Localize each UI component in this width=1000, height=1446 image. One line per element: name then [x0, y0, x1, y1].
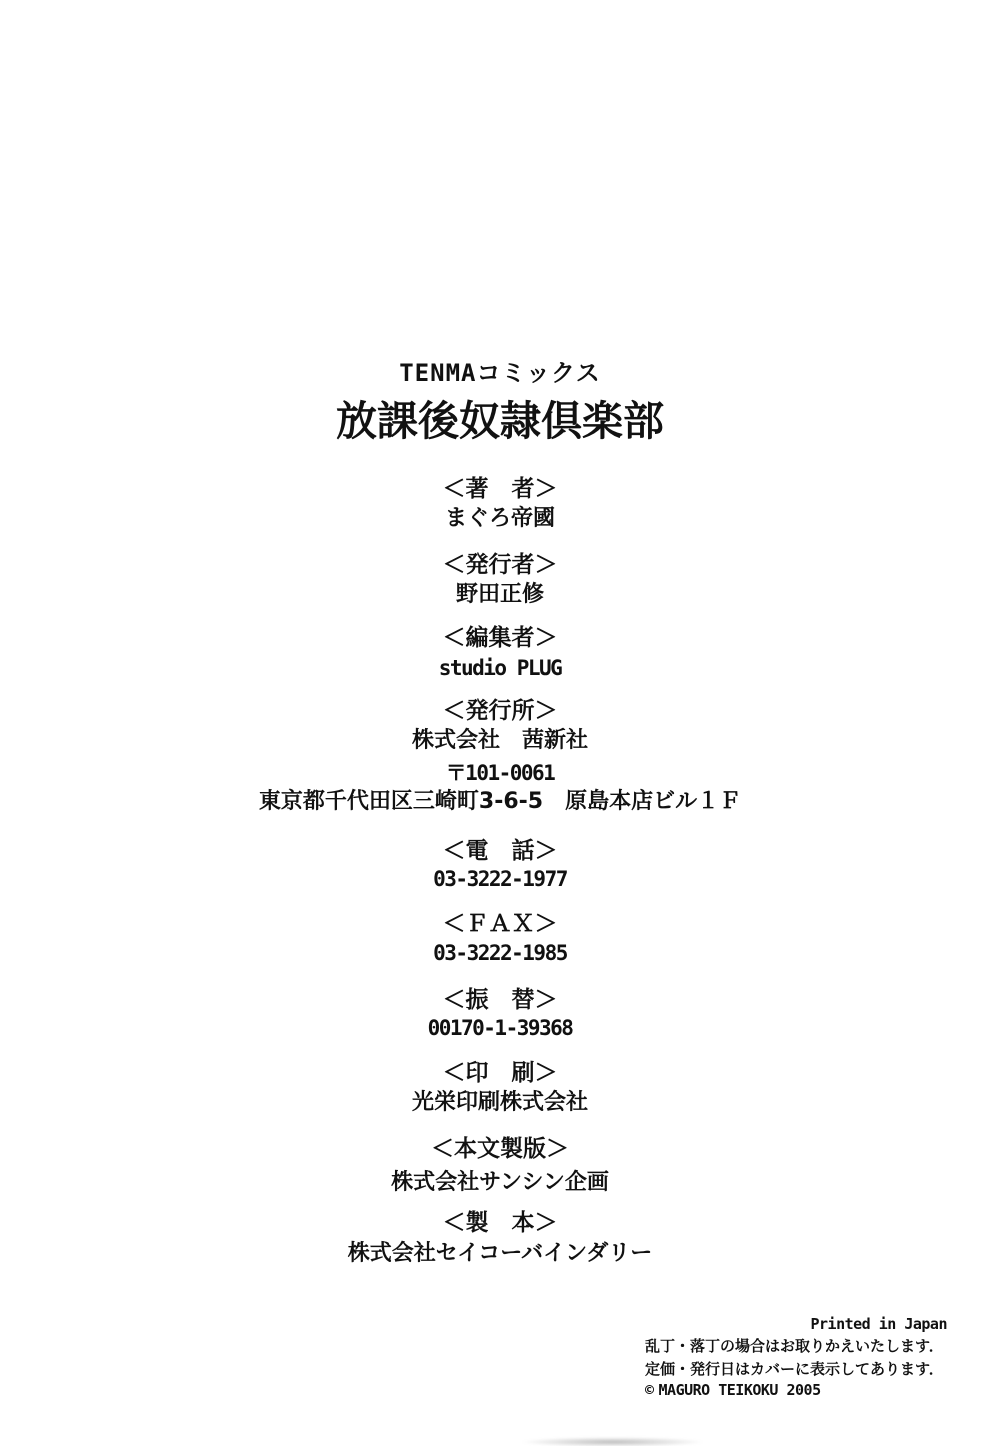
value-platemaking-company: 株式会社サンシン企画 [10, 1171, 990, 1196]
copyright-line: ©MAGURO TEIKOKU 2005 [645, 1382, 947, 1399]
printed-in-japan: Printed in Japan [645, 1316, 947, 1333]
label-printing: ＜印 刷＞ [10, 1061, 990, 1087]
colophon-page: TENMAコミックス 放課後奴隷倶楽部 ＜著 者＞ まぐろ帝國 ＜発行者＞ 野田… [0, 0, 1000, 1446]
value-postal-transfer-account: 00170-1-39368 [10, 1017, 990, 1041]
label-text-platemaking: ＜本文製版＞ [10, 1137, 990, 1163]
value-publishing-company: 株式会社 茜新社 [10, 729, 990, 754]
notice-price: 定価・発行日はカバーに表示してあります． [645, 1361, 947, 1378]
label-postal-transfer: ＜振 替＞ [10, 988, 990, 1014]
series-name: TENMAコミックス [10, 360, 990, 387]
copyright-text: MAGURO TEIKOKU 2005 [659, 1381, 821, 1399]
notice-misprint: 乱丁・落丁の場合はお取りかえいたします． [645, 1338, 947, 1355]
label-binding: ＜製 本＞ [10, 1211, 990, 1237]
value-binding-company: 株式会社セイコーバインダリー [10, 1242, 990, 1267]
value-fax-number: 03-3222-1985 [10, 942, 990, 966]
label-author: ＜著 者＞ [10, 477, 990, 503]
value-postal-code: 〒101-0061 [10, 762, 990, 786]
label-editor: ＜編集者＞ [10, 626, 990, 652]
value-telephone-number: 03-3222-1977 [10, 868, 990, 892]
label-publishing-house: ＜発行所＞ [10, 699, 990, 725]
value-publisher-person: 野田正修 [10, 583, 990, 608]
value-editor: studio PLUG [10, 657, 990, 681]
copyright-symbol: © [645, 1381, 654, 1399]
label-fax: ＜ＦＡＸ＞ [10, 912, 990, 938]
label-telephone: ＜電 話＞ [10, 839, 990, 865]
value-address: 東京都千代田区三崎町3-6-5 原島本店ビル１Ｆ [10, 790, 990, 815]
value-printing-company: 光栄印刷株式会社 [10, 1091, 990, 1116]
scan-smudge [520, 1437, 705, 1446]
book-title: 放課後奴隷倶楽部 [10, 399, 990, 445]
value-author-name: まぐろ帝國 [10, 507, 990, 532]
label-publisher-person: ＜発行者＞ [10, 553, 990, 579]
